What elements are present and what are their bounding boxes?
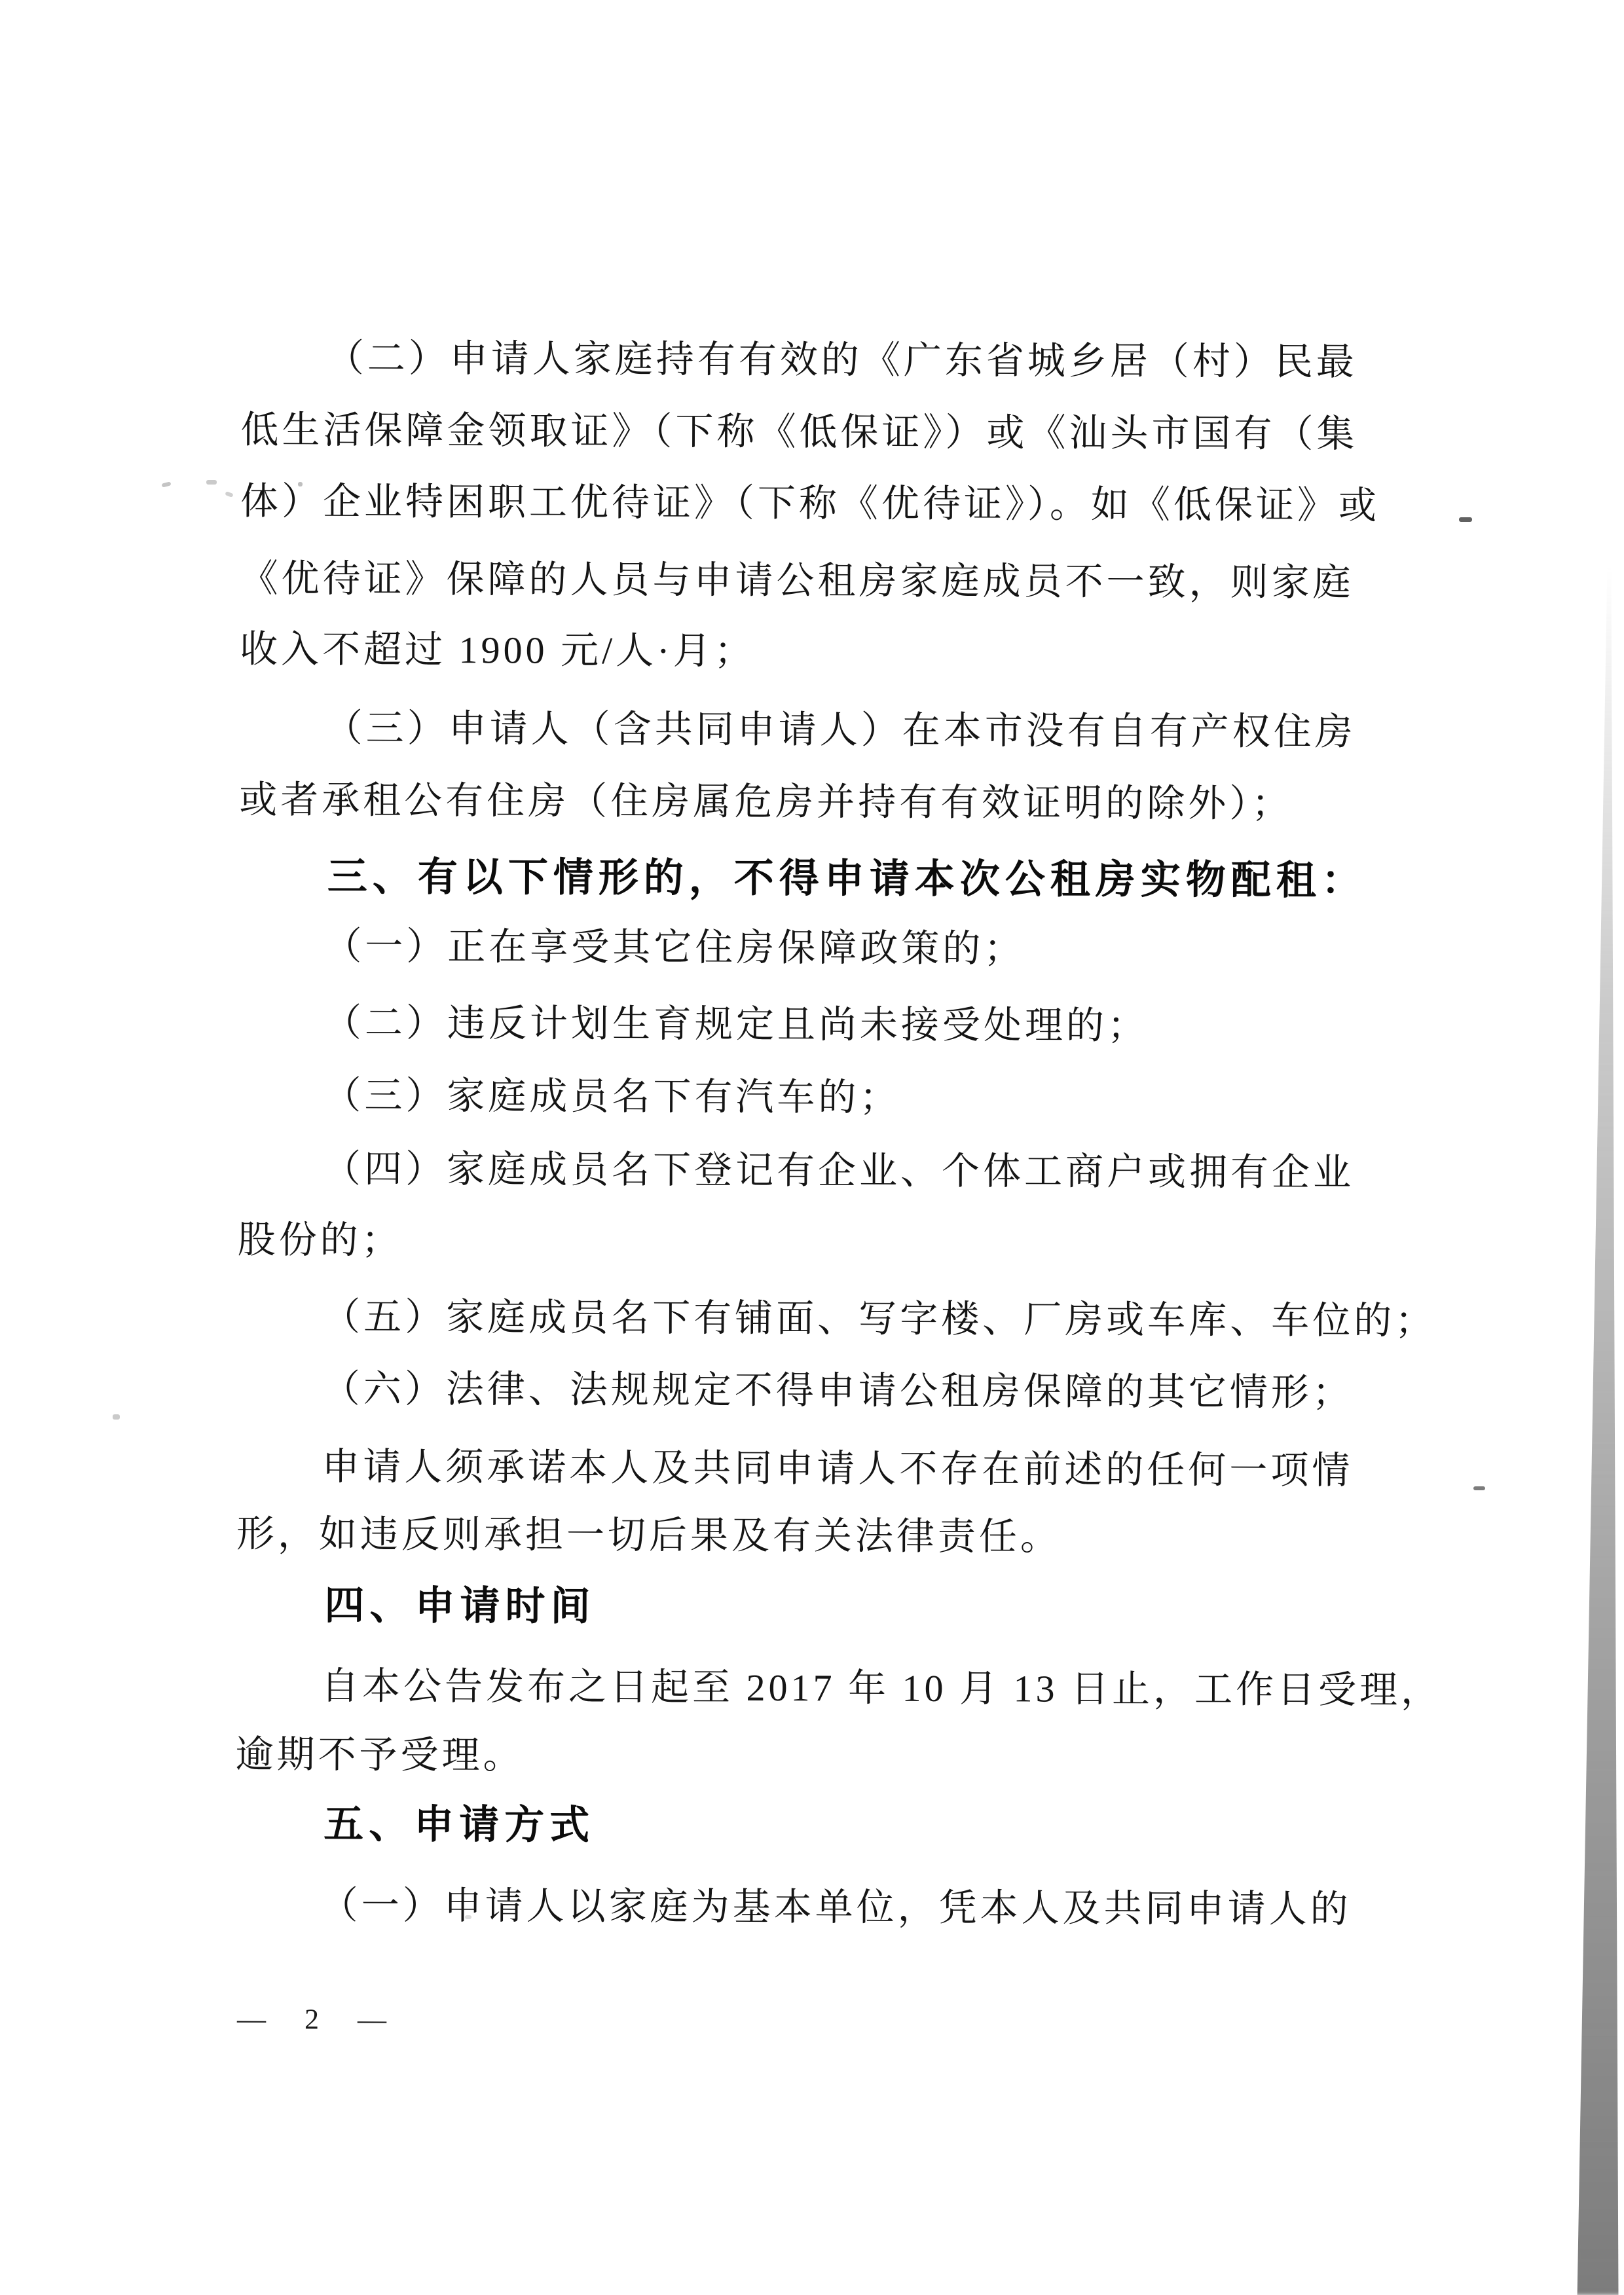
doc-line-5: 收入不超过 1900 元/人·月； — [240, 617, 756, 684]
scan-speckle — [1036, 1907, 1043, 1911]
doc-line-2: 低生活保障金领取证》（下称《低保证》）或《汕头市国有（集 — [240, 397, 1357, 468]
doc-line-22: （一）申请人以家庭为基本单位，凭本人及共同申请人的 — [320, 1873, 1352, 1942]
doc-line-3: 体）企业特困职工优待证》（下称《优待证》）。如《低保证》或 — [240, 469, 1380, 539]
scan-speckle — [465, 1915, 471, 1919]
doc-line-20: 逾期不予受理。 — [235, 1722, 524, 1789]
doc-line-1: （二）申请人家庭持有有效的《广东省城乡居（村）民最 — [326, 325, 1357, 395]
doc-line-12: （四）家庭成员名下登记有企业、个体工商户或拥有企业 — [323, 1136, 1354, 1205]
doc-line-16: 申请人须承诺本人及共同申请人不存在前述的任何一项情 — [322, 1434, 1353, 1503]
scan-speckle — [206, 480, 217, 485]
doc-line-4: 《优待证》保障的人员与申请公租房家庭成员不一致，则家庭 — [240, 546, 1354, 616]
section-heading-three: 三、有以下情形的，不得申请本次公租房实物配租： — [327, 843, 1367, 913]
document-text-block: （二）申请人家庭持有有效的《广东省城乡居（村）民最 低生活保障金领取证》（下称《… — [0, 0, 1624, 2295]
doc-line-14: （五）家庭成员名下有铺面、写字楼、厂房或车库、车位的； — [322, 1284, 1436, 1354]
doc-line-7: 或者承租公有住房（住房属危房并持有有效证明的除外）； — [239, 767, 1293, 837]
scan-speckle — [1459, 517, 1472, 522]
scan-speckle — [298, 482, 303, 487]
scan-speckle — [1473, 1486, 1485, 1490]
page-number: — 2 — — [237, 2002, 402, 2036]
doc-line-6: （三）申请人（含共同申请人）在本市没有自有产权住房 — [324, 695, 1356, 765]
scan-speckle — [113, 1414, 120, 1420]
doc-line-9: （一）正在享受其它住房保障政策的； — [323, 913, 1025, 982]
section-heading-four: 四、申请时间 — [324, 1572, 595, 1639]
doc-line-19: 自本公告发布之日起至 2017 年 10 月 13 日止，工作日受理， — [321, 1653, 1442, 1723]
doc-line-11: （三）家庭成员名下有汽车的； — [323, 1063, 900, 1130]
doc-line-13: 股份的； — [237, 1207, 402, 1274]
doc-line-17: 形，如违反则承担一切后果及有关法律责任。 — [236, 1501, 1061, 1570]
doc-line-10: （二）违反计划生育规定且尚未接受处理的； — [323, 990, 1149, 1059]
scanned-document-page: （二）申请人家庭持有有效的《广东省城乡居（村）民最 低生活保障金领取证》（下称《… — [0, 0, 1624, 2295]
section-heading-five: 五、申请方式 — [323, 1791, 595, 1858]
doc-line-15: （六）法律、法规规定不得申请公租房保障的其它情形； — [322, 1356, 1354, 1425]
